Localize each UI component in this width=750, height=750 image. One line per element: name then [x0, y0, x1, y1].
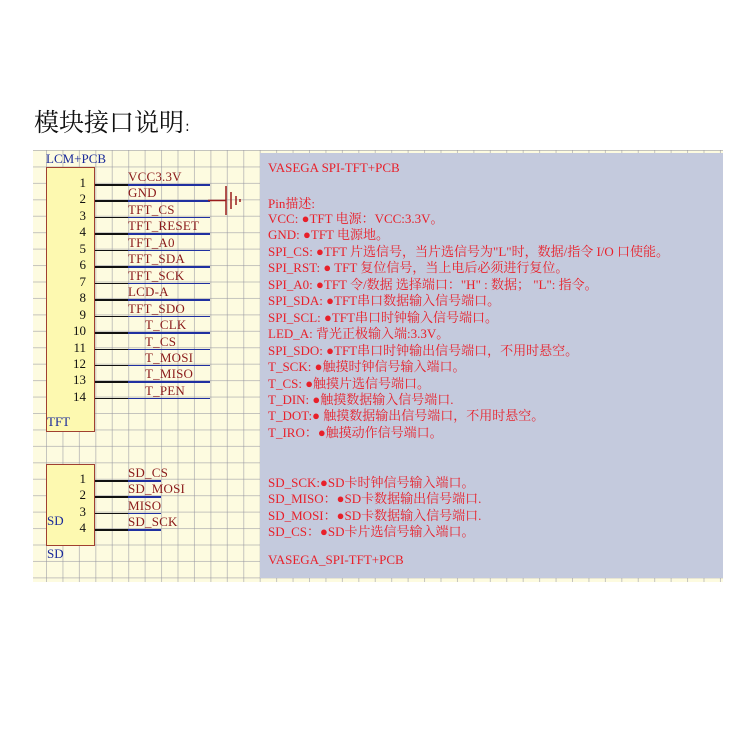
pin-wire: [95, 266, 128, 268]
tft-component-title: LCM+PCB: [46, 151, 106, 167]
net-label: SD_CS: [128, 465, 168, 481]
pin-wire: [95, 398, 128, 400]
pin-number: 6: [56, 257, 86, 273]
pin-wire: [95, 184, 128, 186]
pin-description-line: T_IRO：●触摸动作信号端口。: [268, 422, 443, 441]
tft-component-label: TFT: [47, 414, 70, 430]
net-label: SD_SCK: [128, 514, 178, 530]
pin-number: 9: [56, 307, 86, 323]
pin-number: 13: [56, 372, 86, 388]
pin-wire: [95, 513, 128, 515]
pin-number: 1: [56, 471, 86, 487]
ground-icon: [208, 184, 248, 220]
description-footer: VASEGA_SPI-TFT+PCB: [268, 552, 404, 568]
pin-number: 4: [56, 224, 86, 240]
pin-number: 3: [56, 504, 86, 520]
net-label: TFT_RESET: [128, 218, 199, 234]
net-label: TFT_CS: [128, 202, 175, 218]
pin-number: 5: [56, 241, 86, 257]
heading-colon: :: [185, 119, 190, 135]
pin-wire: [95, 349, 128, 351]
pin-wire: [95, 233, 128, 235]
net-label: T_MISO: [145, 366, 193, 382]
net-label: MISO: [128, 498, 161, 514]
pin-number: 3: [56, 208, 86, 224]
net-label: LCD-A: [128, 284, 169, 300]
pin-wire: [95, 496, 128, 498]
pin-number: 4: [56, 520, 86, 536]
pin-wire: [95, 316, 128, 318]
net-label: TFT_SDO: [128, 301, 185, 317]
pin-wire: [95, 200, 128, 202]
net-label: T_MOSI: [145, 350, 193, 366]
pin-number: 2: [56, 191, 86, 207]
net-label: SD_MOSI: [128, 481, 185, 497]
net-label: TFT_SDA: [128, 251, 185, 267]
sd-component-label: SD: [47, 546, 64, 562]
net-label: TFT_SCK: [128, 268, 184, 284]
pin-number: 11: [56, 340, 86, 356]
pin-wire: [95, 217, 128, 219]
pin-wire: [95, 480, 128, 482]
net-label: GND: [128, 185, 157, 201]
sd-description-line: SD_CS：●SD卡片选信号输入端口。: [268, 521, 475, 540]
pin-wire: [95, 299, 128, 301]
pin-wire: [95, 381, 128, 383]
description-title: VASEGA SPI-TFT+PCB: [268, 160, 400, 176]
net-label: T_CLK: [145, 317, 186, 333]
page-heading: 模块接口说明:: [34, 103, 190, 139]
pin-wire: [95, 529, 128, 531]
pin-number: 1: [56, 175, 86, 191]
net-label: T_PEN: [145, 383, 185, 399]
net-label: T_CS: [145, 334, 176, 350]
pin-number: 8: [56, 290, 86, 306]
pin-number: 12: [56, 356, 86, 372]
pin-wire: [95, 250, 128, 252]
pin-number: 10: [56, 323, 86, 339]
pin-wire: [95, 365, 128, 367]
pin-number: 7: [56, 274, 86, 290]
heading-text: 模块接口说明: [34, 108, 184, 137]
net-label: TFT_A0: [128, 235, 175, 251]
pin-number: 14: [56, 389, 86, 405]
pin-number: 2: [56, 487, 86, 503]
pin-wire: [95, 283, 128, 285]
pin-wire: [95, 332, 128, 334]
net-label: VCC3.3V: [128, 169, 182, 185]
